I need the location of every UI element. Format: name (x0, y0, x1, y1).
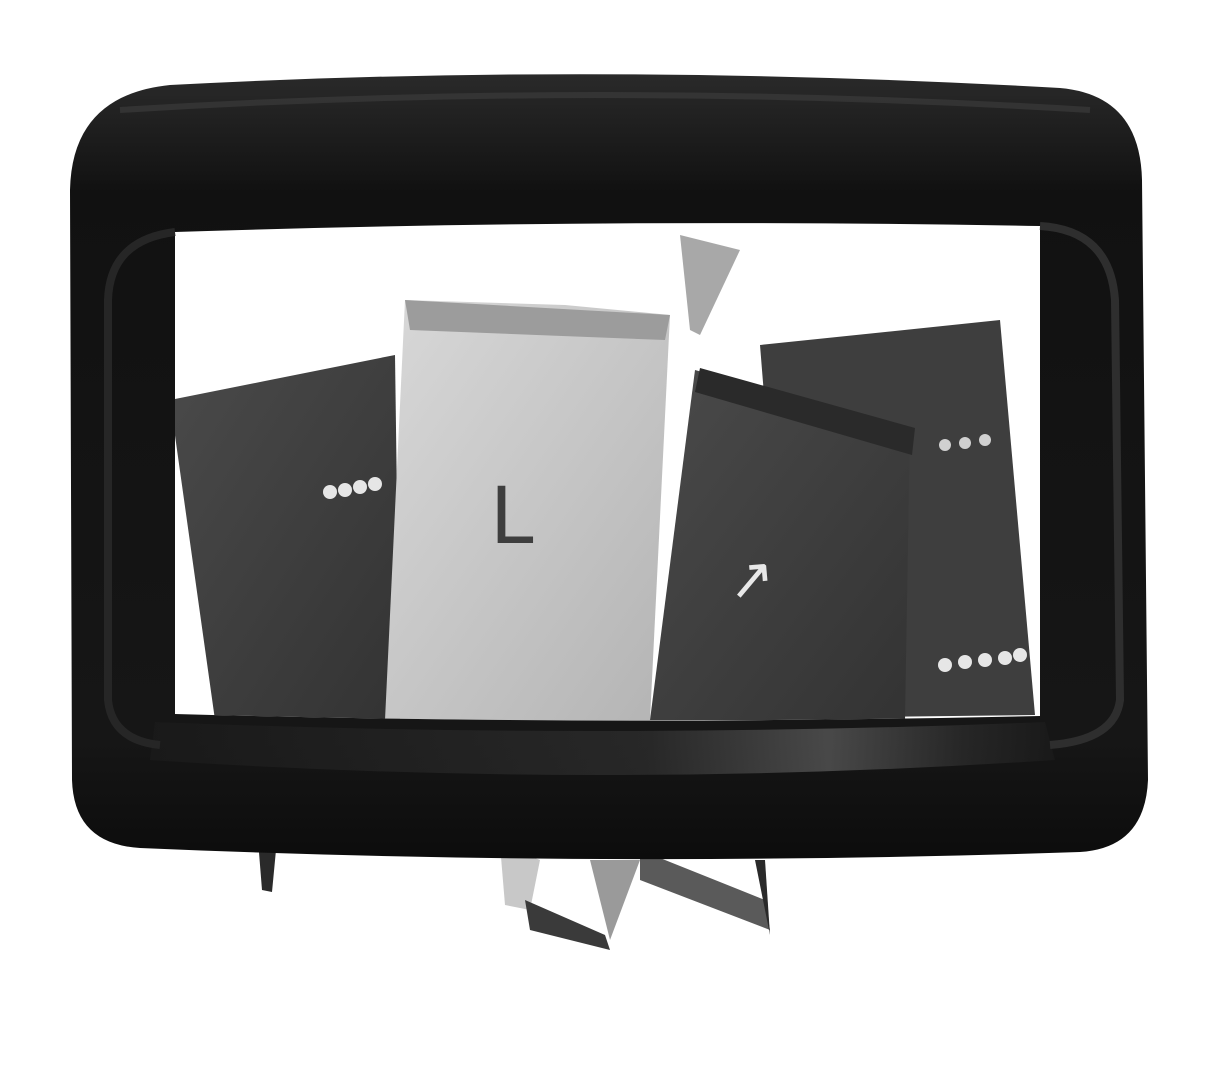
product-photo: L ↗ (0, 0, 1214, 1065)
fascia-illustration (0, 0, 1214, 1065)
frame-opening (170, 220, 1050, 730)
plate-arrow-marking: ↗ (726, 550, 778, 610)
plate-letter-marking: L (490, 478, 533, 556)
